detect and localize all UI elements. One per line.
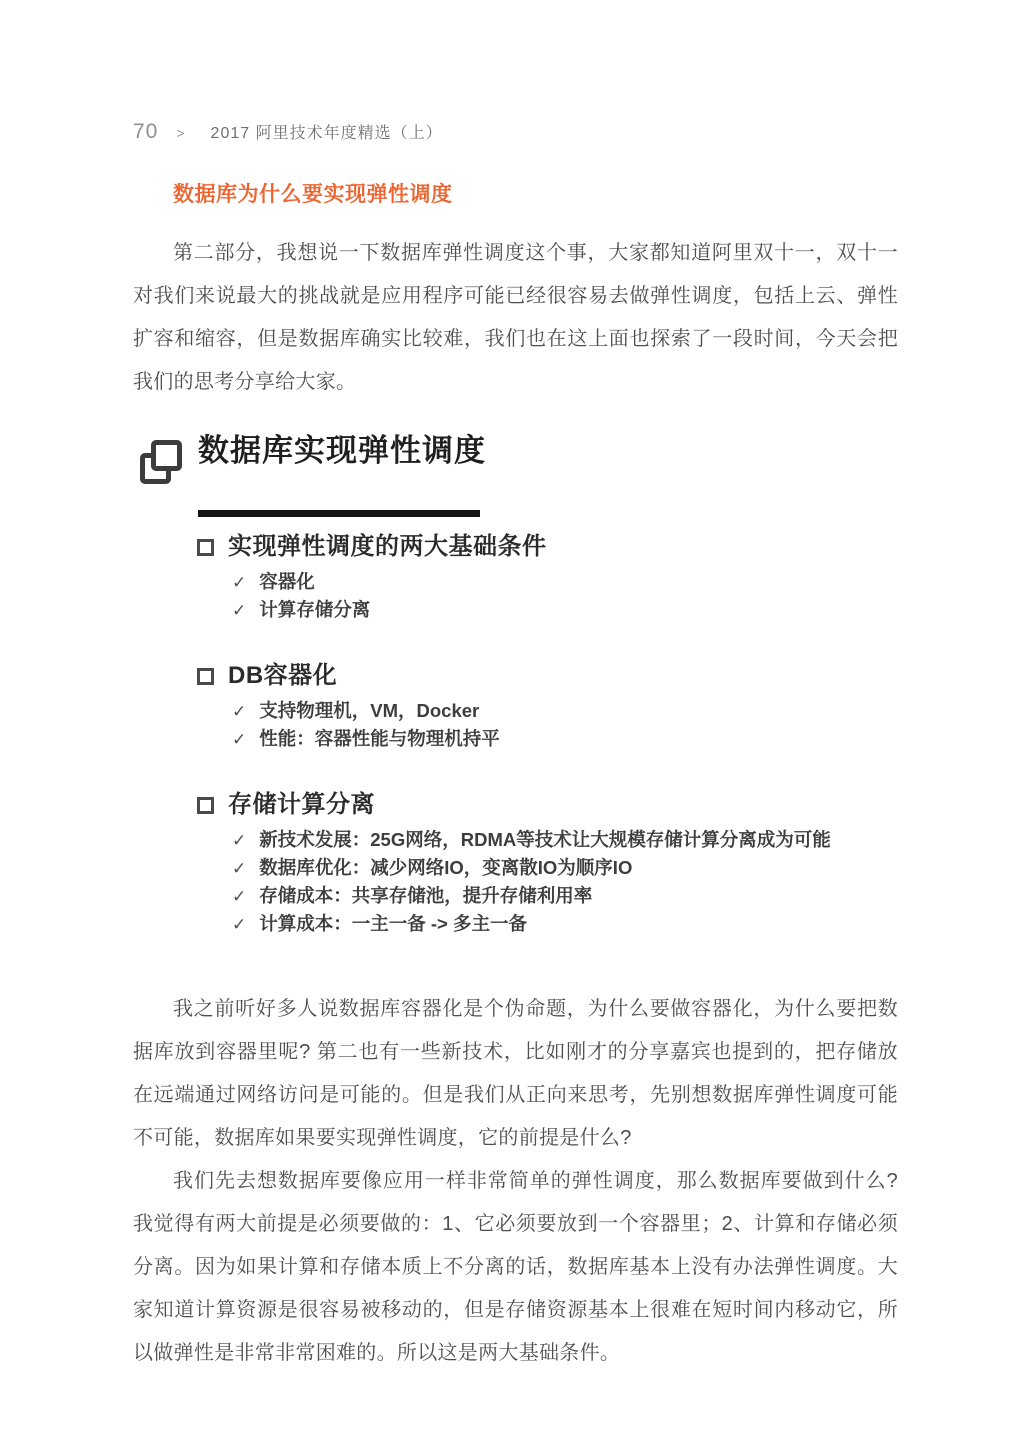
list-item-text: 计算存储分离 bbox=[259, 596, 370, 623]
list-item: ✓ 数据库优化：减少网络IO，变离散IO为顺序IO bbox=[232, 854, 898, 882]
check-icon: ✓ bbox=[232, 827, 246, 854]
slide-section-1-items: ✓ 容器化 ✓ 计算存储分离 bbox=[140, 568, 898, 624]
section-heading: 数据库为什么要实现弹性调度 bbox=[173, 178, 898, 208]
chevron-separator-icon: > bbox=[176, 125, 184, 141]
square-bullet-icon bbox=[197, 668, 214, 685]
check-icon: ✓ bbox=[232, 883, 246, 910]
slide-section-1-heading-row: 实现弹性调度的两大基础条件 bbox=[197, 533, 898, 561]
list-item: ✓ 支持物理机，VM，Docker bbox=[232, 697, 898, 725]
paragraph-1: 第二部分，我想说一下数据库弹性调度这个事，大家都知道阿里双十一，双十一对我们来说… bbox=[133, 232, 898, 404]
check-icon: ✓ bbox=[232, 597, 246, 624]
page-number: 70 bbox=[133, 120, 158, 144]
check-icon: ✓ bbox=[232, 698, 246, 725]
overlapping-squares-icon bbox=[140, 438, 188, 490]
slide-section-2-heading-row: DB容器化 bbox=[197, 662, 898, 690]
list-item: ✓ 新技术发展：25G网络，RDMA等技术让大规模存储计算分离成为可能 bbox=[232, 826, 898, 854]
slide-section-3-heading: 存储计算分离 bbox=[228, 791, 375, 819]
list-item-text: 计算成本：一主一备 -> 多主一备 bbox=[259, 910, 527, 937]
list-item-text: 数据库优化：减少网络IO，变离散IO为顺序IO bbox=[259, 854, 632, 881]
check-icon: ✓ bbox=[232, 726, 246, 753]
book-title: 2017 阿里技术年度精选（上） bbox=[211, 120, 443, 143]
list-item: ✓ 性能：容器性能与物理机持平 bbox=[232, 725, 898, 753]
front-square bbox=[151, 440, 182, 471]
check-icon: ✓ bbox=[232, 855, 246, 882]
check-icon: ✓ bbox=[232, 911, 246, 938]
slide-title: 数据库实现弹性调度 bbox=[198, 434, 486, 468]
slide-section-3-heading-row: 存储计算分离 bbox=[197, 791, 898, 819]
list-item: ✓ 容器化 bbox=[232, 568, 898, 596]
slide-section-1-heading: 实现弹性调度的两大基础条件 bbox=[228, 533, 547, 561]
slide-section-2-heading: DB容器化 bbox=[228, 662, 337, 690]
slide-section-3-items: ✓ 新技术发展：25G网络，RDMA等技术让大规模存储计算分离成为可能 ✓ 数据… bbox=[140, 826, 898, 938]
list-item-text: 支持物理机，VM，Docker bbox=[259, 697, 479, 724]
list-item: ✓ 存储成本：共享存储池，提升存储利用率 bbox=[232, 882, 898, 910]
square-bullet-icon bbox=[197, 797, 214, 814]
title-underline bbox=[198, 510, 480, 517]
paragraph-2: 我之前听好多人说数据库容器化是个伪命题，为什么要做容器化，为什么要把数据库放到容… bbox=[133, 988, 898, 1160]
list-item: ✓ 计算存储分离 bbox=[232, 596, 898, 624]
list-item-text: 新技术发展：25G网络，RDMA等技术让大规模存储计算分离成为可能 bbox=[259, 826, 830, 853]
slide-section-3: 存储计算分离 ✓ 新技术发展：25G网络，RDMA等技术让大规模存储计算分离成为… bbox=[140, 791, 898, 938]
slide-section-2: DB容器化 ✓ 支持物理机，VM，Docker ✓ 性能：容器性能与物理机持平 bbox=[140, 662, 898, 753]
page-header: 70 > 2017 阿里技术年度精选（上） bbox=[133, 120, 898, 144]
slide-titlebar: 数据库实现弹性调度 bbox=[140, 434, 898, 490]
check-icon: ✓ bbox=[232, 569, 246, 596]
slide-section-1: 实现弹性调度的两大基础条件 ✓ 容器化 ✓ 计算存储分离 bbox=[140, 533, 898, 624]
slide-section-2-items: ✓ 支持物理机，VM，Docker ✓ 性能：容器性能与物理机持平 bbox=[140, 697, 898, 753]
slide-image: 数据库实现弹性调度 实现弹性调度的两大基础条件 ✓ 容器化 ✓ 计算存储分离 bbox=[140, 434, 898, 938]
square-bullet-icon bbox=[197, 539, 214, 556]
document-page: 70 > 2017 阿里技术年度精选（上） 数据库为什么要实现弹性调度 第二部分… bbox=[0, 0, 1031, 1440]
list-item-text: 存储成本：共享存储池，提升存储利用率 bbox=[259, 882, 592, 909]
list-item: ✓ 计算成本：一主一备 -> 多主一备 bbox=[232, 910, 898, 938]
list-item-text: 容器化 bbox=[259, 568, 315, 595]
list-item-text: 性能：容器性能与物理机持平 bbox=[259, 725, 500, 752]
paragraph-3: 我们先去想数据库要像应用一样非常简单的弹性调度，那么数据库要做到什么? 我觉得有… bbox=[133, 1160, 898, 1375]
